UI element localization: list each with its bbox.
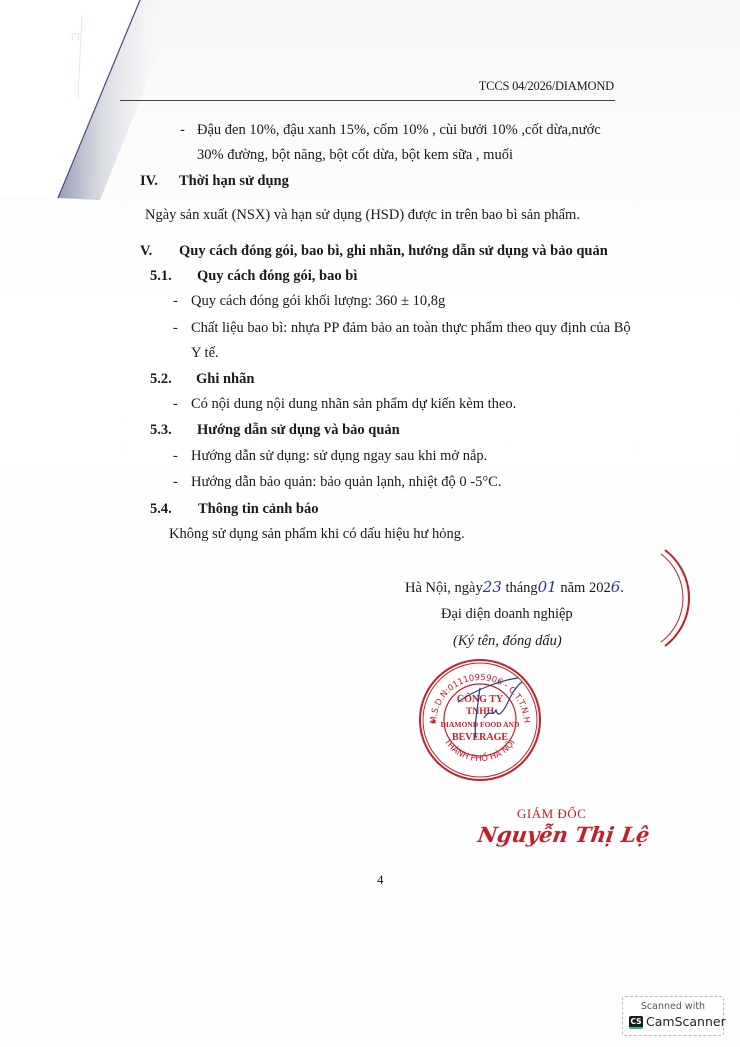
date-prefix: Hà Nội, ngày (405, 580, 483, 596)
bullet-dash: - (173, 396, 178, 413)
ingredients-line-2: 30% đường, bột năng, bột cốt dừa, bột ke… (197, 147, 513, 164)
section-5-1-number: 5.1. (150, 268, 172, 285)
section-5-title: Quy cách đóng gói, bao bì, ghi nhãn, hướ… (179, 243, 608, 260)
section-5-4-body: Không sử dụng sản phẩm khi có dấu hiệu h… (169, 526, 465, 543)
bullet-dash: - (173, 474, 178, 491)
section-5-number: V. (140, 243, 152, 260)
svg-text:TT: TT (70, 32, 81, 42)
bullet-dash: - (173, 448, 178, 465)
camscanner-logo-icon: CS (629, 1016, 643, 1029)
bullet-dash: - (173, 320, 178, 337)
list-item: Chất liệu bao bì: nhựa PP đảm bảo an toà… (191, 320, 631, 337)
handwritten-day: 23 (483, 578, 502, 596)
section-4-title: Thời hạn sử dụng (179, 173, 289, 190)
ingredients-line-1: Đậu đen 10%, đậu xanh 15%, cốm 10% , cùi… (197, 122, 601, 139)
handwritten-month: 01 (538, 578, 557, 596)
seal-edge-icon: ★ (660, 548, 700, 648)
section-5-2-title: Ghi nhãn (196, 371, 254, 388)
director-title: GIÁM ĐỐC (517, 806, 586, 822)
list-item: Quy cách đóng gói khối lượng: 360 ± 10,8… (191, 293, 445, 310)
section-5-4-title: Thông tin cảnh báo (198, 501, 318, 518)
section-5-4-number: 5.4. (150, 501, 172, 518)
company-seal-icon: M.S.D.N:0111095906 - C.T.T.N.H.H THÀNH P… (418, 658, 542, 782)
list-item: Hướng dẫn bảo quản: bảo quản lạnh, nhiệt… (191, 474, 501, 491)
section-5-1-title: Quy cách đóng gói, bao bì (197, 268, 357, 285)
svg-text:DIAMOND FOOD AND: DIAMOND FOOD AND (441, 720, 520, 729)
director-signature-name: Nguyễn Thị Lệ (476, 822, 651, 847)
header-divider (120, 100, 615, 101)
section-4-body: Ngày sản xuất (NSX) và hạn sử dụng (HSD)… (145, 207, 580, 224)
section-5-3-number: 5.3. (150, 422, 172, 439)
camscanner-brand: CamScanner (646, 1014, 726, 1029)
svg-text:★: ★ (430, 717, 437, 726)
year-label: năm 202 (560, 580, 610, 596)
scanned-with-label: Scanned with (623, 1001, 723, 1012)
date-line: Hà Nội, ngày23 tháng01 năm 2026. (405, 578, 624, 597)
bullet-dash: - (173, 293, 178, 310)
section-5-2-number: 5.2. (150, 371, 172, 388)
document-page: TT TCCS 04/2026/DIAMOND - Đậu đen 10%, đ… (0, 0, 740, 1047)
svg-text:BEVERAGE: BEVERAGE (452, 732, 508, 743)
list-item-continuation: Y tế. (191, 345, 219, 362)
bullet-dash: - (180, 122, 185, 139)
list-item: Có nội dung nội dung nhãn sản phẩm dự ki… (191, 396, 516, 413)
svg-text:TNHH: TNHH (466, 707, 495, 717)
month-label: tháng (505, 580, 537, 596)
sign-instruction: (Ký tên, đóng dấu) (453, 633, 562, 650)
document-code: TCCS 04/2026/DIAMOND (479, 79, 614, 94)
section-5-3-title: Hướng dẫn sử dụng và bảo quản (197, 422, 400, 439)
representative-label: Đại diện doanh nghiệp (441, 606, 573, 623)
list-item: Hướng dẫn sử dụng: sử dụng ngay sau khi … (191, 448, 487, 465)
section-4-number: IV. (140, 173, 158, 190)
page-number: 4 (377, 872, 384, 888)
handwritten-year-digit: 6 (611, 578, 621, 596)
camscanner-watermark: Scanned with CS CamScanner (622, 996, 724, 1036)
